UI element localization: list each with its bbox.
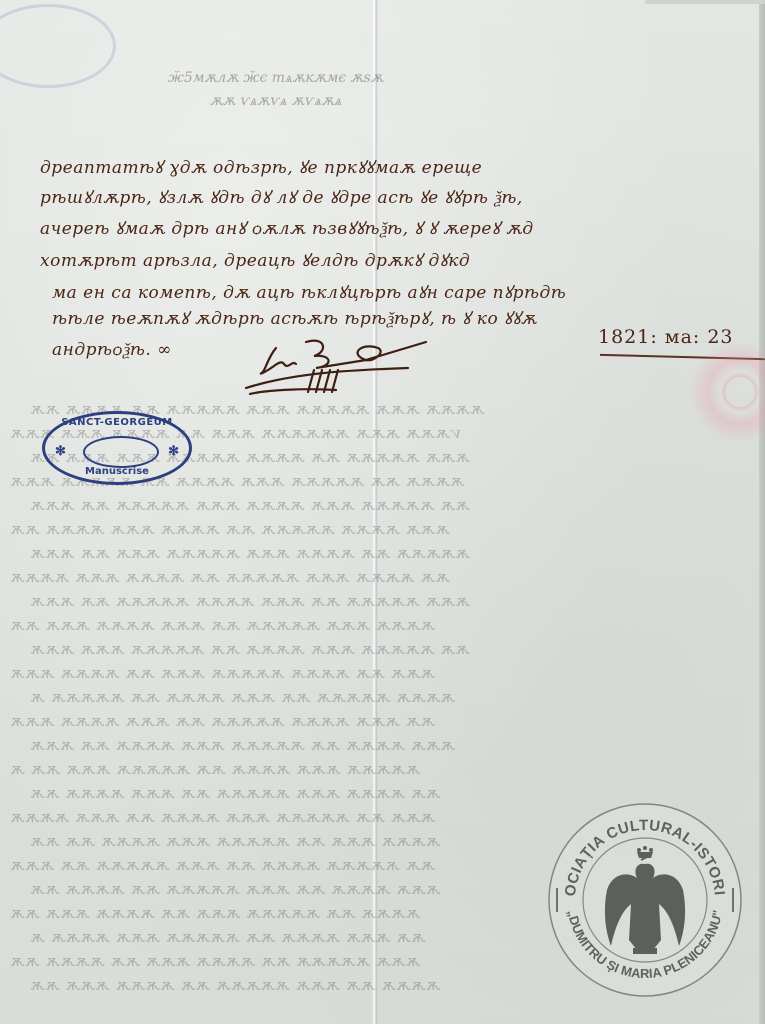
body-line-7: андрѣѻѯѣ. ∞ bbox=[52, 340, 172, 360]
bleed-through-line: ѫѫ ѫѫѫ ѫѫѫѫ ѫѫѫѫѫ ѫѫ ѫѫѫ ѫѫѫѫ ѫѫѫ bbox=[10, 712, 435, 730]
bleed-through-line: ѫѫ ѫѫѫѫѫ ѫѫѫ ѫѫѫѫ ѫѫѫ ѫѫѫѫѫ ѫѫ ѫѫѫ bbox=[30, 496, 470, 514]
bleed-through-line: ѫѫ ѫѫѫ ѫѫѫѫ ѫѫ ѫѫѫѫѫ ѫѫѫ ѫѫѫѫ ѫ bbox=[30, 928, 426, 946]
sanct-georgeum-stamp: SANCT-GEORGEUM ✻ ✻ Manuscrise bbox=[42, 411, 192, 485]
faint-heading-line-2: ѫѫ ѵѧѫѵѧ ѫѵѧѫѧ bbox=[210, 93, 342, 110]
body-line-1: дреаптатѣꙋ ɣдѫ одѣзрѣ, ꙋе пркꙋꙋмаѫ ереще bbox=[40, 155, 482, 178]
asterisk-icon: ✻ bbox=[55, 444, 66, 459]
faded-stamp bbox=[0, 4, 116, 88]
bleed-through-line: ѫѫѫ ѫѫѫѫѫ ѫѫ ѫѫѫ ѫѫѫѫ ѫѫѫѫѫ ѫѫ ѫѫѫ bbox=[30, 592, 470, 610]
bleed-through-line: ѫѫѫ ѫѫ ѫѫѫѫѫ ѫѫѫ ѫѫѫѫ ѫѫ ѫѫѫ ѫѫѫѫ bbox=[10, 808, 435, 826]
document-date: 1821: ма: 23 bbox=[598, 326, 734, 348]
asterisk-icon: ✻ bbox=[168, 444, 179, 459]
body-line-5: ма ен са комепѣ, дѫ ацѣ ѣклꙋцѣрѣ аꙋн сар… bbox=[52, 280, 566, 303]
bleed-through-line: ѫѫ ѫѫѫѫѫ ѫѫѫ ѫѫѫѫ ѫѫ ѫѫѫѫѫ ѫѫѫ ѫѫѫ bbox=[30, 640, 470, 658]
stamp-top-text: SANCT-GEORGEUM bbox=[45, 417, 189, 428]
manuscript-page: ӂ5мѫлѫ ӂє тѧѫкѫмє ѫѕѫ ѫѫ ѵѧѫѵѧ ѫѵѧѫѧ ѫѫѫ… bbox=[0, 0, 765, 1024]
association-seal: ASOCIAȚIA CULTURAL-ISTORICĂ „DUMITRU ȘI … bbox=[545, 800, 745, 1000]
bleed-through-line: ѫѫ ѫѫѫѫ ѫѫѫ ѫѫѫѫѫ ѫѫ ѫѫѫѫ ѫѫѫ ѫѫѫѫ bbox=[10, 568, 450, 586]
body-line-4: хотѫрѣт арѣзла, дреацѣ ꙋелдѣ дрѫкꙋ дꙋкд bbox=[40, 248, 470, 271]
bleed-through-line: ѫѫѫѫѫ ѫѫѫ ѫѫѫѫ ѫѫ ѫѫѫѫѫ ѫѫѫ ѫѫ ѫ bbox=[10, 760, 420, 778]
body-line-2: рѣшꙋлѫрѣ, ꙋзлѫ ꙋдѣ дꙋ лꙋ де ꙋдре асѣ ꙋе … bbox=[40, 185, 523, 208]
bleed-through-line: ѫѫѫѫ ѫѫ ѫѫѫ ѫѫѫѫѫ ѫѫ ѫѫѫѫ ѫѫѫ ѫѫ bbox=[30, 976, 440, 994]
paper-edge bbox=[759, 0, 765, 1024]
faint-heading-line-1: ӂ5мѫлѫ ӂє тѧѫкѫмє ѫѕѫ bbox=[168, 70, 384, 87]
bleed-through-line: ѫѫѫ ѫѫ ѫѫѫѫ ѫѫѫѫѫ ѫѫѫ ѫѫ ѫѫѫѫ ѫѫѫ bbox=[10, 664, 435, 682]
body-line-6: ѣѣле ѣеѫпѫꙋ ѫдѣрѣ асѣѫѣ ѣрѣѯѣрꙋ, ѣ ꙋ ко … bbox=[52, 306, 537, 329]
bleed-through-line: ѫѫ ѫѫѫѫѫ ѫѫѫѫ ѫѫ ѫѫѫ ѫѫѫѫѫ ѫѫ ѫѫѫ bbox=[10, 856, 435, 874]
bleed-through-line: ѫѫѫ ѫѫѫѫ ѫѫ ѫѫѫѫѫ ѫѫѫ ѫѫѫѫ ѫѫ ѫѫѫ bbox=[30, 736, 455, 754]
bleed-through-line: ѫѫ ѫѫѫѫ ѫѫѫ ѫѫѫѫѫ ѫѫ ѫѫѫ ѫѫѫѫ ѫѫ bbox=[30, 784, 440, 802]
bleed-through-line: ѫѫѫ ѫѫѫѫ ѫѫѫѫѫ ѫѫ ѫѫѫѫ ѫѫѫ ѫѫѫѫ ѫѫ bbox=[10, 520, 450, 538]
stamp-inner-oval bbox=[83, 436, 159, 468]
body-line-3: ачереѣ ꙋмаѫ дрѣ анꙋ ѻѫлѫ ѣзвꙋꙋѣѯѣ, ꙋ ꙋ ѫ… bbox=[40, 216, 534, 239]
stamp-bottom-text: Manuscrise bbox=[45, 466, 189, 477]
bleed-through-line: ѫѫѫѫ ѫѫѫѫѫ ѫѫ ѫѫѫ ѫѫѫѫ ѫѫ ѫѫѫѫѫ ѫ bbox=[30, 688, 455, 706]
bleed-through-line: ѫѫѫѫ ѫѫѫ ѫѫ ѫѫѫѫѫ ѫѫѫ ѫѫѫѫ ѫѫ ѫѫ bbox=[30, 832, 440, 850]
bleed-through-line: ѫѫѫ ѫѫѫѫ ѫѫ ѫѫѫ ѫѫѫѫѫ ѫѫ ѫѫѫѫ ѫѫ bbox=[30, 880, 440, 898]
bleed-through-line: ѫѫѫ ѫѫѫѫѫ ѫѫ ѫѫѫѫ ѫѫѫ ѫѫ ѫѫѫѫ ѫѫ bbox=[10, 952, 420, 970]
bleed-through-line: ѫѫѫѫѫ ѫѫ ѫѫѫѫ ѫѫѫ ѫѫѫѫѫ ѫѫѫ ѫѫ ѫѫѫ bbox=[30, 544, 470, 562]
paper-edge-top bbox=[645, 0, 765, 4]
signature-flourish bbox=[236, 330, 436, 400]
bleed-through-line: ѫѫѫѫ ѫѫ ѫѫѫѫѫ ѫѫѫ ѫѫ ѫѫѫѫ ѫѫѫ ѫѫ bbox=[10, 904, 420, 922]
bleed-through-line: ѫѫѫѫ ѫѫѫ ѫѫѫѫѫ ѫѫ ѫѫѫ ѫѫѫѫ ѫѫѫ ѫѫ bbox=[10, 616, 435, 634]
